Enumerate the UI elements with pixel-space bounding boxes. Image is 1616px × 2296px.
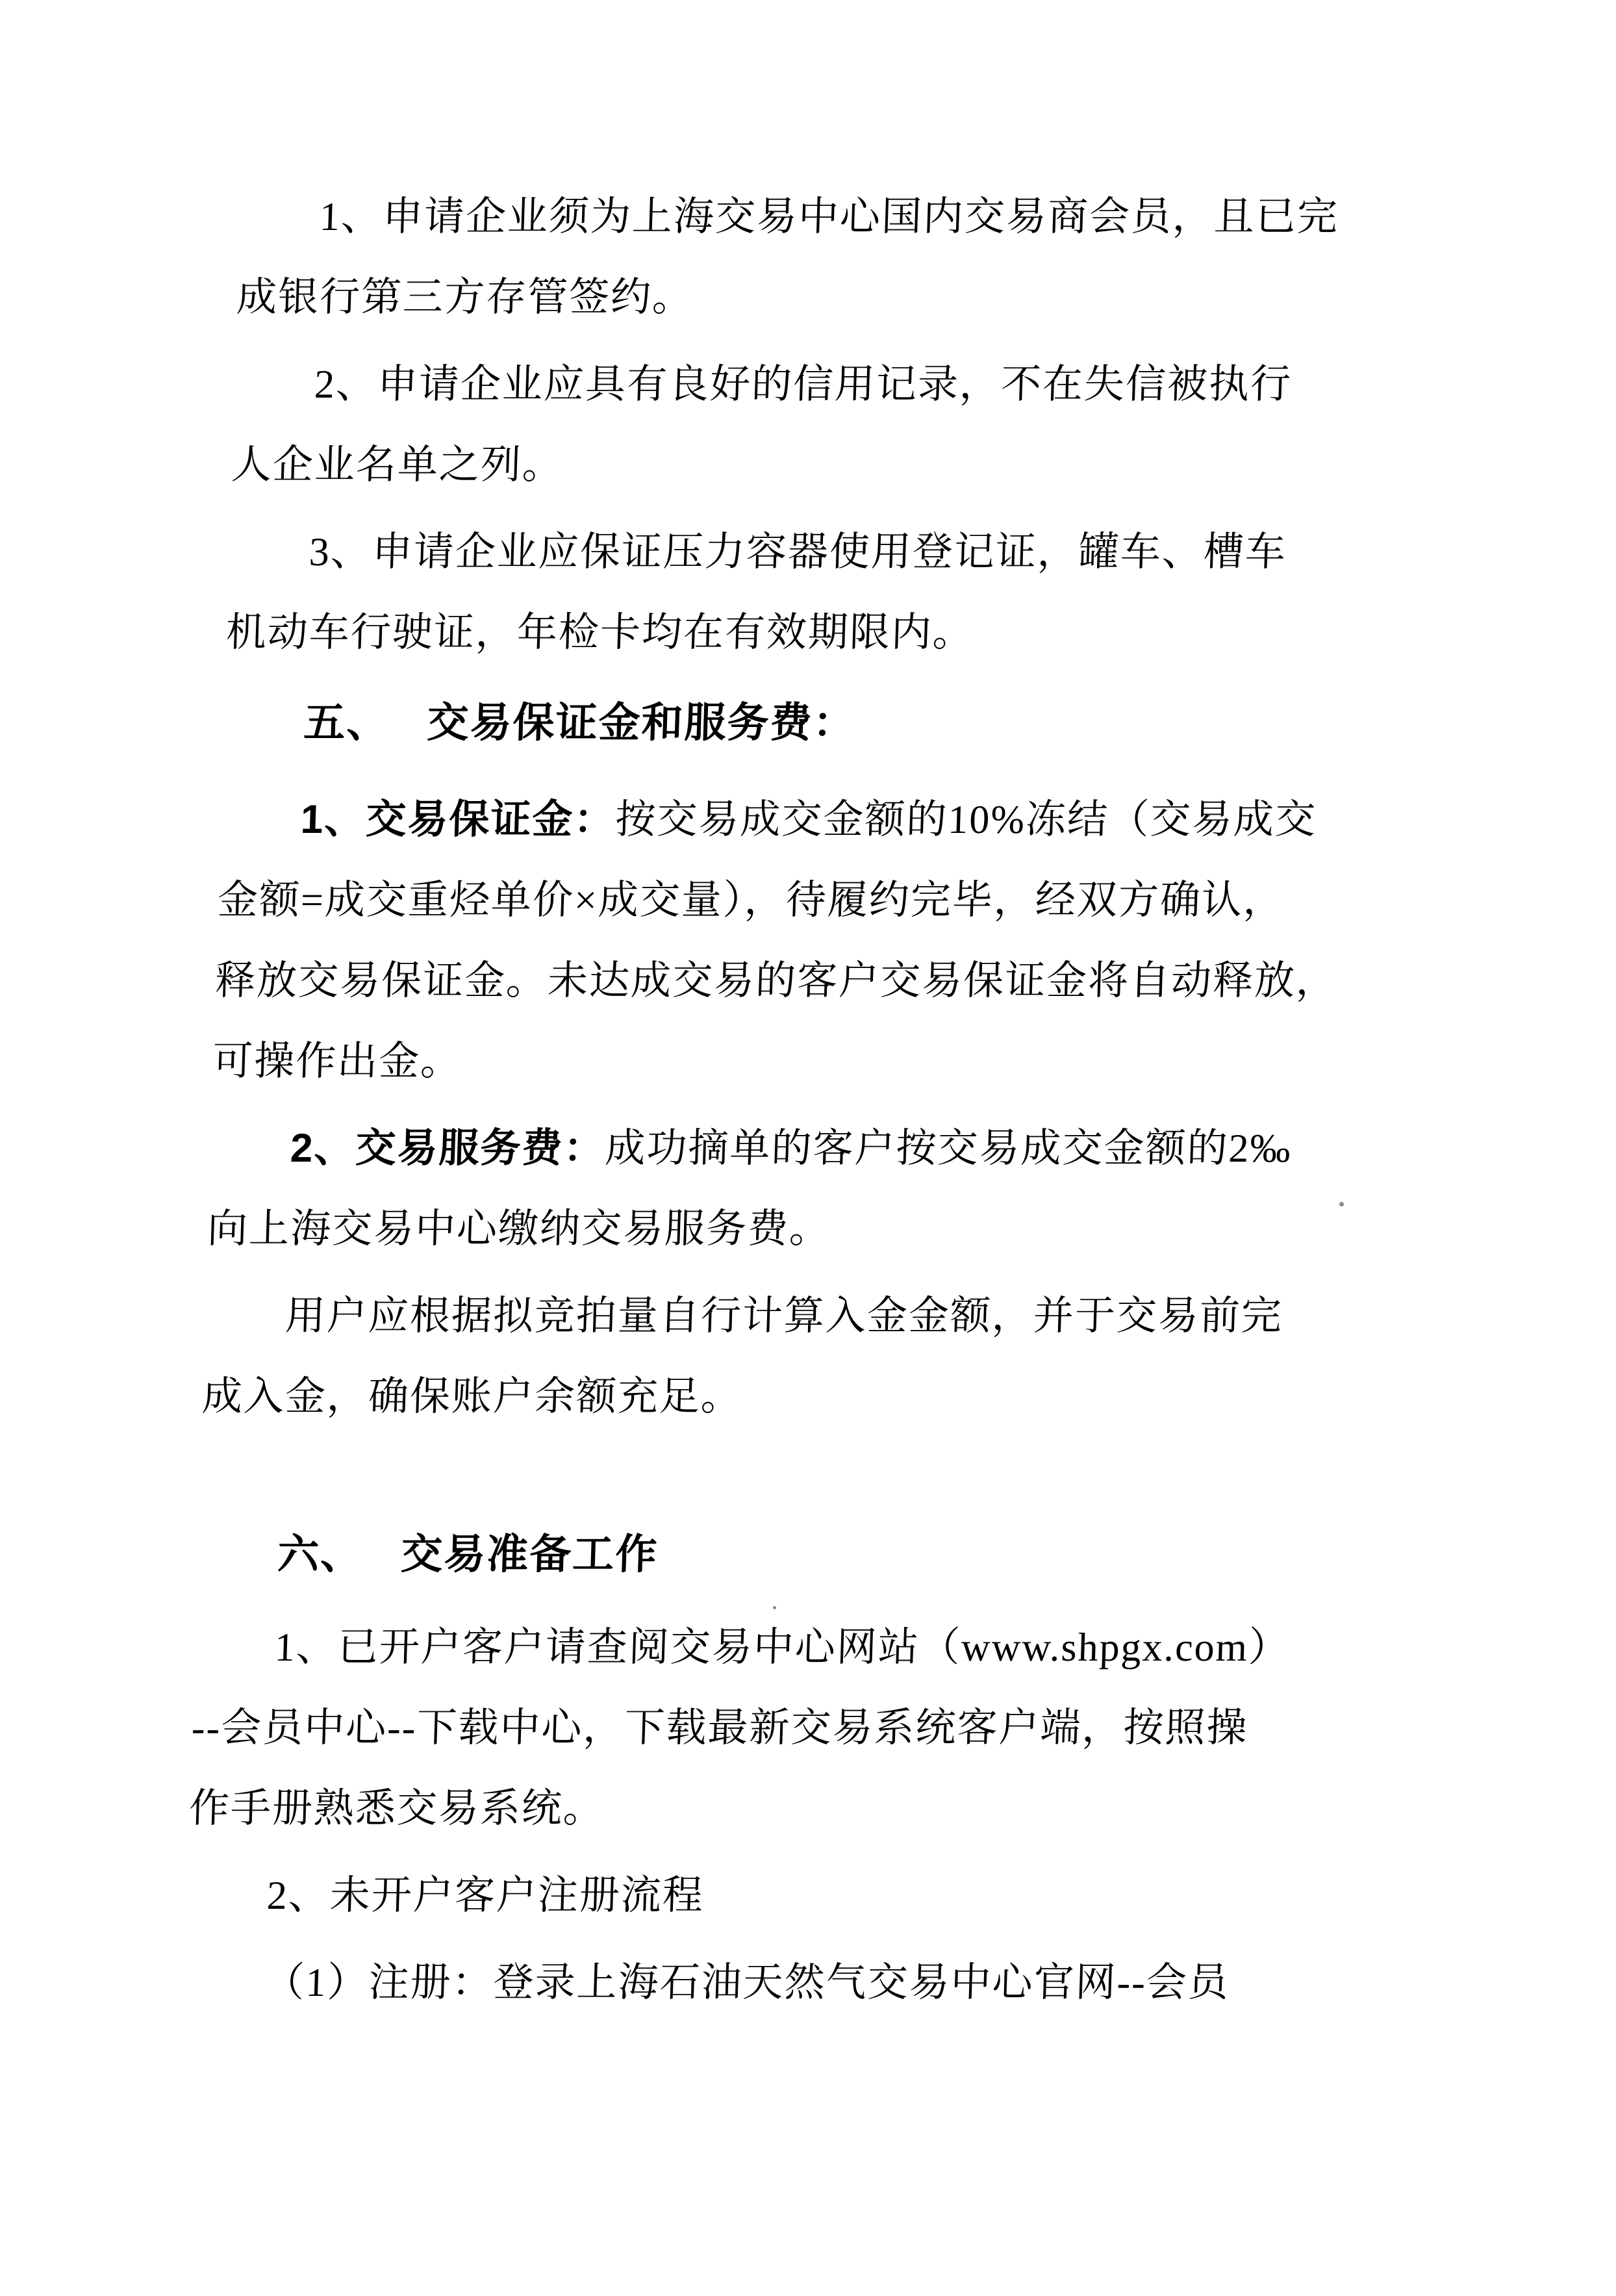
- text-run: 机动车行驶证，年检卡均在有效期限内。: [225, 611, 975, 655]
- text-line: 3、申请企业应保证压力容器使用登记证，罐车、槽车: [227, 512, 1373, 593]
- paragraph-register-step: （1）注册：登录上海石油天然气交易中心官网--会员: [183, 1943, 1328, 2023]
- heading-title: 交易准备工作: [400, 1531, 659, 1577]
- bold-lead: 1、交易保证金：: [300, 797, 616, 842]
- text-run: 成入金，确保账户余额充足。: [201, 1375, 743, 1419]
- text-run: 可操作出金。: [212, 1040, 462, 1084]
- text-run: 2、未开户客户注册流程: [266, 1874, 705, 1918]
- text-line: 机动车行驶证，年检卡均在有效期限内。: [225, 593, 1370, 673]
- text-line: （1）注册：登录上海石油天然气交易中心官网--会员: [183, 1943, 1328, 2023]
- text-line: 1、申请企业须为上海交易中心国内交易商会员，且已完: [238, 177, 1383, 257]
- text-line: --会员中心--下载中心，下载最新交易系统客户端，按照操: [190, 1688, 1336, 1768]
- text-run: 3、申请企业应保证压力容器使用登记证，罐车、槽车: [309, 530, 1287, 574]
- text-line: 1、已开户客户请查阅交易中心网站（www.shpgx.com）: [193, 1607, 1339, 1688]
- heading-line: 五、交易保证金和服务费：: [222, 682, 1368, 763]
- text-run: 1、已开户客户请查阅交易中心网站（www.shpgx.com）: [274, 1626, 1291, 1670]
- paragraph-trade-deposit: 1、交易保证金：按交易成交金额的10%冻结（交易成交 金额=成交重烃单价×成交量…: [211, 780, 1365, 1102]
- paragraph-new-client-flow: 2、未开户客户注册流程: [185, 1856, 1331, 1936]
- section-heading-5: 五、交易保证金和服务费：: [222, 682, 1368, 763]
- text-line: 2、未开户客户注册流程: [185, 1856, 1331, 1936]
- paragraph-funding-note: 用户应根据拟竞拍量自行计算入金金额，并于交易前完 成入金，确保账户余额充足。: [201, 1276, 1349, 1437]
- text-run: 向上海交易中心缴纳交易服务费。: [207, 1207, 831, 1251]
- text-line: 成入金，确保账户余额充足。: [201, 1357, 1346, 1437]
- paragraph-credit-record: 2、申请企业应具有良好的信用记录，不在失信被执行 人企业名单之列。: [230, 344, 1378, 505]
- text-run: 人企业名单之列。: [231, 443, 564, 487]
- text-run: 2、申请企业应具有良好的信用记录，不在失信被执行: [314, 363, 1293, 407]
- text-line: 用户应根据拟竞拍量自行计算入金金额，并于交易前完: [203, 1276, 1349, 1357]
- text-run: 金额=成交重烃单价×成交量），待履约完毕，经双方确认，: [217, 878, 1285, 923]
- heading-number: 六、: [277, 1531, 364, 1577]
- paragraph-certificates: 3、申请企业应保证压力容器使用登记证，罐车、槽车 机动车行驶证，年检卡均在有效期…: [225, 512, 1373, 673]
- scan-speck: [1339, 1202, 1344, 1206]
- heading-line: 六、交易准备工作: [196, 1514, 1341, 1594]
- text-run: 作手册熟悉交易系统。: [188, 1787, 605, 1831]
- text-line: 作手册熟悉交易系统。: [188, 1768, 1333, 1849]
- paragraph-service-fee: 2、交易服务费：成功摘单的客户按交易成交金额的2‰ 向上海交易中心缴纳交易服务费…: [206, 1108, 1354, 1269]
- text-line: 2、交易服务费：成功摘单的客户按交易成交金额的2‰: [208, 1108, 1354, 1189]
- text-run: 按交易成交金额的10%冻结（交易成交: [614, 798, 1317, 842]
- paragraph-existing-client: 1、已开户客户请查阅交易中心网站（www.shpgx.com） --会员中心--…: [188, 1607, 1339, 1849]
- text-line: 人企业名单之列。: [230, 425, 1376, 505]
- scanned-document-page: 1、申请企业须为上海交易中心国内交易商会员，且已完 成银行第三方存管签约。 2、…: [0, 0, 1616, 2296]
- text-line: 向上海交易中心缴纳交易服务费。: [206, 1189, 1352, 1269]
- text-line: 1、交易保证金：按交易成交金额的10%冻结（交易成交: [219, 780, 1365, 860]
- scan-speck: [773, 1606, 776, 1609]
- text-line: 释放交易保证金。未达成交易的客户交易保证金将自动释放，: [214, 941, 1359, 1021]
- text-run: 释放交易保证金。未达成交易的客户交易保证金将自动释放，: [214, 959, 1338, 1003]
- text-line: 金额=成交重烃单价×成交量），待履约完毕，经双方确认，: [216, 860, 1362, 941]
- text-run: （1）注册：登录上海石油天然气交易中心官网--会员: [264, 1961, 1230, 2005]
- text-run: 成功摘单的客户按交易成交金额的2‰: [604, 1127, 1292, 1171]
- text-line: 2、申请企业应具有良好的信用记录，不在失信被执行: [233, 344, 1378, 425]
- paragraph-membership-requirement: 1、申请企业须为上海交易中心国内交易商会员，且已完 成银行第三方存管签约。: [235, 177, 1383, 338]
- heading-number: 五、: [303, 699, 390, 746]
- bold-lead: 2、交易服务费：: [290, 1126, 606, 1171]
- text-line: 可操作出金。: [211, 1021, 1357, 1102]
- document-content: 1、申请企业须为上海交易中心国内交易商会员，且已完 成银行第三方存管签约。 2、…: [183, 177, 1383, 2023]
- text-run: 用户应根据拟竞拍量自行计算入金金额，并于交易前完: [284, 1294, 1283, 1338]
- section-heading-6: 六、交易准备工作: [196, 1514, 1341, 1594]
- text-run: 成银行第三方存管签约。: [236, 275, 694, 320]
- text-run: --会员中心--下载中心，下载最新交易系统客户端，按照操: [191, 1706, 1249, 1750]
- text-run: 1、申请企业须为上海交易中心国内交易商会员，且已完: [319, 195, 1339, 239]
- heading-title: 交易保证金和服务费：: [426, 699, 856, 746]
- text-line: 成银行第三方存管签约。: [235, 257, 1381, 338]
